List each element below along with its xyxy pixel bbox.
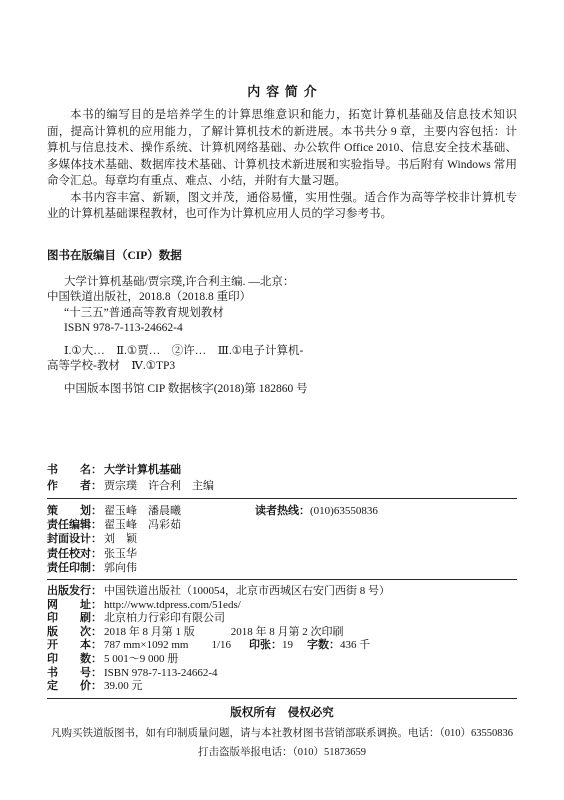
- book-title-value: 大学计算机基础: [104, 464, 181, 476]
- field-label: 责任编辑：: [47, 519, 102, 531]
- isbn-value: ISBN 978-7-113-24662-4: [104, 667, 218, 679]
- price-row: 定 价：39.00 元: [47, 680, 517, 694]
- field-label: 责任印制：: [47, 562, 102, 574]
- field-label: 定 价：: [47, 680, 102, 692]
- cip-line: 中国铁道出版社，2018.8（2018.8 重印）: [47, 290, 517, 306]
- piracy-report-line: 打击盗版举报电话：（010）51873659: [47, 746, 517, 759]
- publisher-row: 出版发行：中国铁道出版社（100054，北京市西城区右安门西街 8 号）: [47, 585, 517, 599]
- field-label: 作 者：: [47, 480, 102, 492]
- word-count: 字数：436 千: [307, 639, 370, 651]
- cip-section: 图书在版编目（CIP）数据 大学计算机基础/贾宗璞,许合利主编. —北京： 中国…: [47, 249, 517, 398]
- copyright-notice: 版权所有 侵权必究: [47, 705, 517, 722]
- sheets-label: 印张：: [249, 639, 282, 651]
- cover-design-row: 封面设计：刘 颖: [47, 532, 517, 546]
- editorial-staff-group: 策 划：翟玉峰 潘晨曦 读者热线：(010)63550836 责任编辑：翟玉峰 …: [47, 504, 517, 575]
- quality-contact-line: 凡购买铁道版图书，如有印制质量问题，请与本社教材图书营销部联系调换。电话：（01…: [47, 727, 517, 740]
- cip-classification-line: Ⅰ.①大… Ⅱ.①贾… ②许… Ⅲ.①电子计算机-: [47, 344, 517, 360]
- hotline-label: 读者热线：: [255, 505, 310, 517]
- divider-line: [47, 698, 517, 699]
- planning-value: 翟玉峰 潘晨曦: [104, 505, 181, 517]
- print-supervisor-row: 责任印制：郭向伟: [47, 561, 517, 575]
- words-value: 436 千: [340, 639, 370, 651]
- reader-hotline: 读者热线：(010)63550836: [255, 504, 378, 518]
- website-url: http://www.tdpress.com/51eds/: [104, 599, 241, 611]
- divider-line: [47, 579, 517, 580]
- edition-value: 2018 年 8 月第 1 版: [104, 626, 195, 638]
- print-run-row: 印 数：5 001～9 000 册: [47, 653, 517, 667]
- printer-row: 印 刷：北京柏力行彩印有限公司: [47, 612, 517, 626]
- format-row: 开 本：787 mm×1092 mm1/16印张：19字数：436 千: [47, 639, 517, 653]
- printed-sheets: 印张：19: [249, 639, 293, 651]
- field-label: 网 址：: [47, 599, 102, 611]
- cip-isbn-line: ISBN 978-7-113-24662-4: [47, 321, 517, 337]
- words-label: 字数：: [307, 639, 340, 651]
- website-row: 网 址：http://www.tdpress.com/51eds/: [47, 599, 517, 613]
- isbn-row: 书 号：ISBN 978-7-113-24662-4: [47, 667, 517, 681]
- copyright-footer: 版权所有 侵权必究 凡购买铁道版图书，如有印制质量问题，请与本社教材图书营销部联…: [47, 705, 517, 759]
- summary-paragraph-2: 本书内容丰富、新颖，图文并茂，通俗易懂，实用性强。适合作为高等学校非计算机专业的…: [47, 190, 517, 223]
- format-fraction: 1/16: [211, 639, 231, 651]
- field-label: 责任校对：: [47, 548, 102, 560]
- author-value: 贾宗璞 许合利 主编: [104, 480, 214, 492]
- edition-row: 版 次：2018 年 8 月第 1 版2018 年 8 月第 2 次印刷: [47, 626, 517, 640]
- author-row: 作 者：贾宗璞 许合利 主编: [47, 479, 517, 495]
- field-label: 版 次：: [47, 626, 102, 638]
- field-label: 策 划：: [47, 505, 102, 517]
- proofreader-value: 张玉华: [104, 548, 137, 560]
- publisher-value: 中国铁道出版社（100054，北京市西城区右安门西街 8 号）: [104, 585, 390, 597]
- field-label: 印 数：: [47, 653, 102, 665]
- field-label: 书 号：: [47, 667, 102, 679]
- field-label: 书 名：: [47, 464, 102, 476]
- book-copyright-page: 内容简介 本书的编写目的是培养学生的计算思维意识和能力，拓宽计算机基础及信息技术…: [0, 0, 564, 800]
- title-author-group: 书 名：大学计算机基础 作 者：贾宗璞 许合利 主编: [47, 463, 517, 494]
- field-label: 出版发行：: [47, 585, 102, 597]
- cip-classification-line: 高等学校-教材 Ⅳ.①TP3: [47, 359, 517, 375]
- print-run-value: 5 001～9 000 册: [104, 653, 178, 665]
- printing-value: 2018 年 8 月第 2 次印刷: [231, 626, 344, 638]
- content-summary-section: 内容简介 本书的编写目的是培养学生的计算思维意识和能力，拓宽计算机基础及信息技术…: [47, 84, 517, 223]
- price-value: 39.00 元: [104, 680, 143, 692]
- hotline-number: (010)63550836: [310, 505, 378, 517]
- print-supervisor-value: 郭向伟: [104, 562, 137, 574]
- cip-heading: 图书在版编目（CIP）数据: [47, 249, 517, 264]
- planning-row: 策 划：翟玉峰 潘晨曦 读者热线：(010)63550836: [47, 504, 517, 518]
- field-label: 印 刷：: [47, 612, 102, 624]
- proofreader-row: 责任校对：张玉华: [47, 547, 517, 561]
- content-summary-heading: 内容简介: [47, 84, 517, 100]
- cip-line: 大学计算机基础/贾宗璞,许合利主编. —北京：: [47, 275, 517, 291]
- book-title-row: 书 名：大学计算机基础: [47, 463, 517, 479]
- cip-line: “十三五”普通高等教育规划教材: [47, 306, 517, 322]
- field-label: 开 本：: [47, 639, 102, 651]
- cip-record-number-line: 中国版本图书馆 CIP 数据核字(2018)第 182860 号: [47, 382, 517, 398]
- printer-value: 北京柏力行彩印有限公司: [104, 612, 225, 624]
- sheet-size-value: 787 mm×1092 mm: [104, 639, 188, 651]
- editor-row: 责任编辑：翟玉峰 冯彩茹: [47, 518, 517, 532]
- field-label: 封面设计：: [47, 533, 102, 545]
- sheets-value: 19: [282, 639, 293, 651]
- colophon-section: 书 名：大学计算机基础 作 者：贾宗璞 许合利 主编 策 划：翟玉峰 潘晨曦 读…: [47, 463, 517, 699]
- publication-details-group: 出版发行：中国铁道出版社（100054，北京市西城区右安门西街 8 号） 网 址…: [47, 585, 517, 694]
- cover-design-value: 刘 颖: [104, 533, 137, 545]
- divider-line: [47, 498, 517, 499]
- summary-paragraph-1: 本书的编写目的是培养学生的计算思维意识和能力，拓宽计算机基础及信息技术知识面，提…: [47, 107, 517, 190]
- editor-value: 翟玉峰 冯彩茹: [104, 519, 181, 531]
